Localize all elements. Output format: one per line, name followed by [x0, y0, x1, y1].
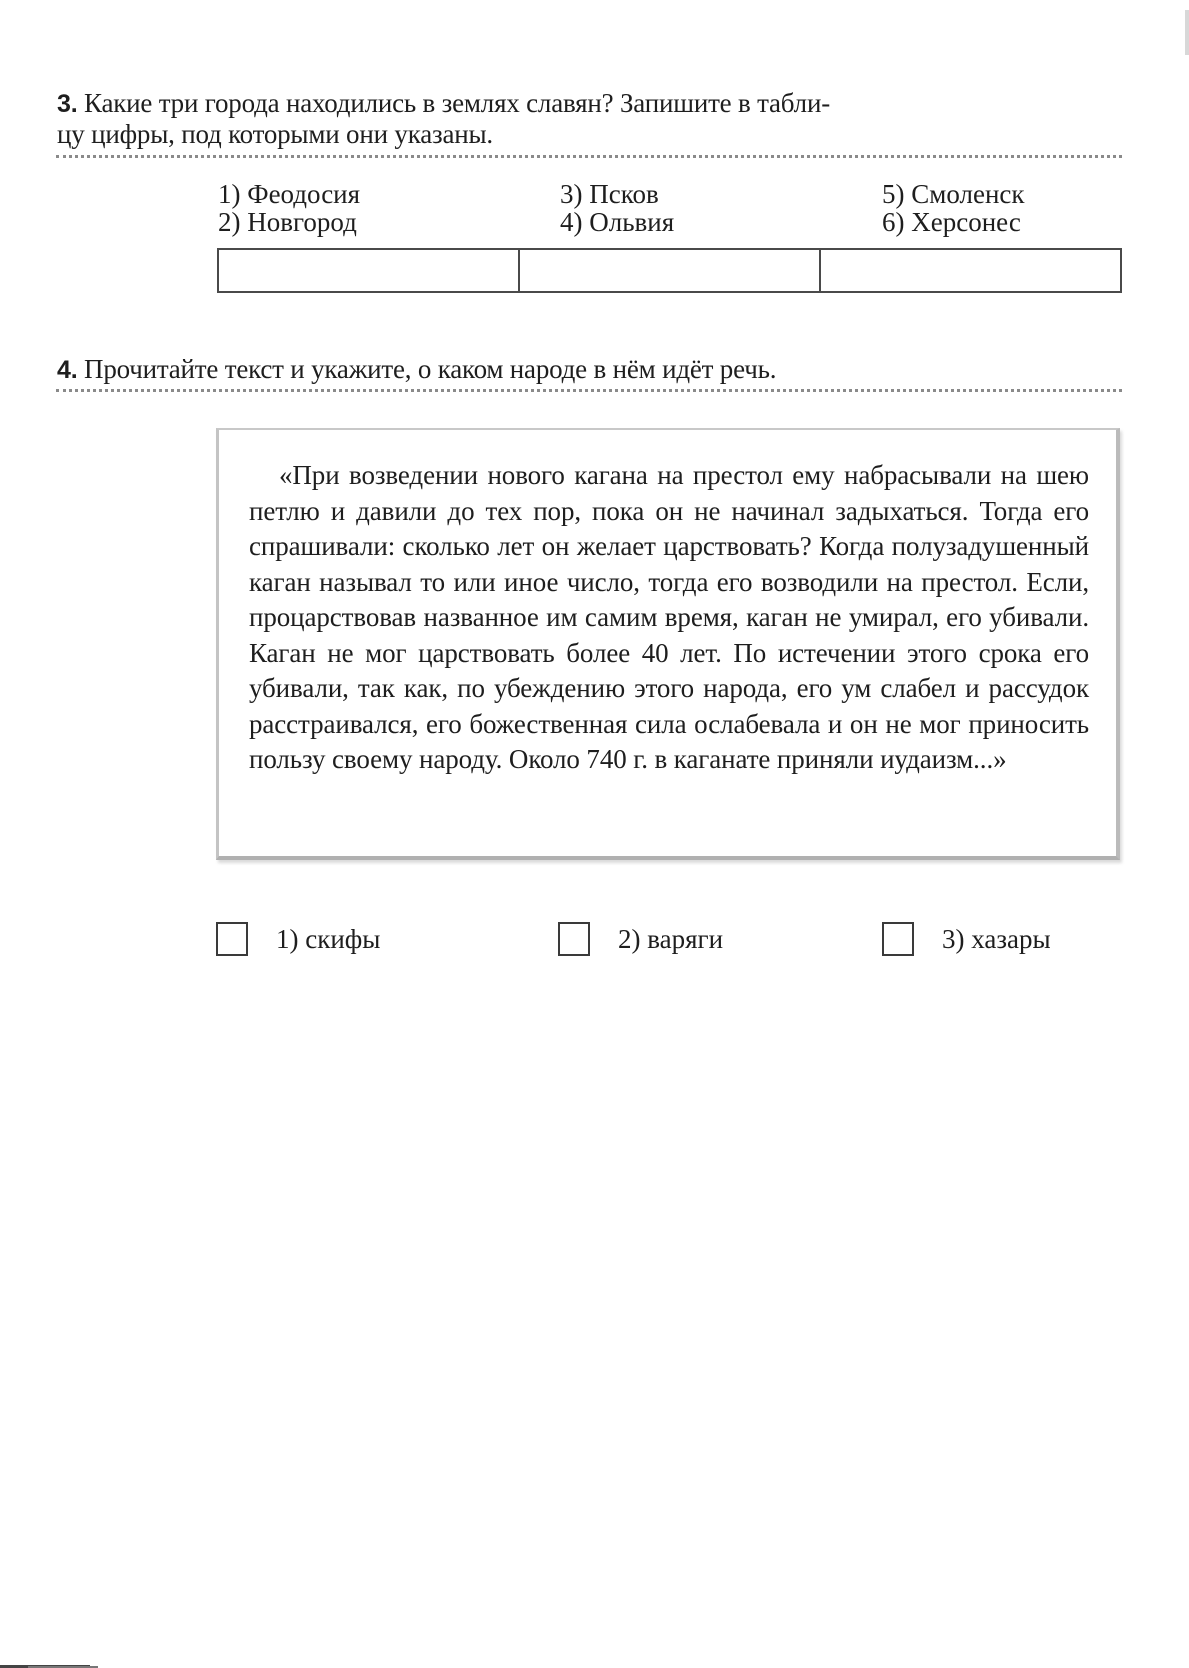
option-1: 1) Феодосия [218, 180, 360, 208]
answer-cell-2[interactable] [520, 250, 821, 291]
option-4: 4) Ольвия [560, 208, 674, 236]
choice-1[interactable]: 1) скифы [216, 922, 380, 956]
question-4-text: Прочитайте текст и укажите, о каком наро… [84, 354, 776, 384]
question-3-title: 3. Какие три города находились в землях … [57, 88, 1057, 149]
option-3: 3) Псков [560, 180, 659, 208]
question-4-divider [56, 389, 1122, 392]
question-3-text-line2: цу цифры, под которыми они указаны. [57, 119, 493, 149]
quote-text: «При возведении нового кагана на престол… [249, 458, 1089, 778]
checkbox-choice-1[interactable] [216, 922, 248, 956]
question-4-title: 4. Прочитайте текст и укажите, о каком н… [57, 354, 1057, 385]
answer-table [217, 248, 1122, 293]
question-4-number: 4. [57, 356, 77, 384]
question-3-divider [56, 155, 1122, 158]
choice-3-label: 3) хазары [942, 922, 1051, 956]
choice-3[interactable]: 3) хазары [882, 922, 1051, 956]
option-2: 2) Новгород [218, 208, 357, 236]
choice-2-label: 2) варяги [618, 922, 723, 956]
scan-edge-mark [1185, 10, 1189, 55]
checkbox-choice-2[interactable] [558, 922, 590, 956]
answer-cell-1[interactable] [219, 250, 520, 291]
question-3-text: Какие три города находились в землях сла… [84, 88, 830, 118]
choice-1-label: 1) скифы [276, 922, 380, 956]
question-3-number: 3. [57, 90, 77, 118]
choice-2[interactable]: 2) варяги [558, 922, 723, 956]
option-5: 5) Смоленск [882, 180, 1025, 208]
question-4-choices: 1) скифы 2) варяги 3) хазары [216, 922, 1096, 962]
answer-cell-3[interactable] [821, 250, 1120, 291]
checkbox-choice-3[interactable] [882, 922, 914, 956]
option-6: 6) Херсонес [882, 208, 1021, 236]
quote-box: «При возведении нового кагана на престол… [216, 428, 1120, 860]
